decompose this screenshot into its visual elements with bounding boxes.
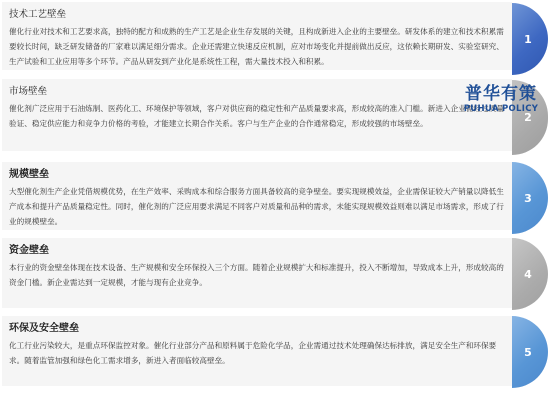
barrier-title: 技术工艺壁垒	[9, 7, 504, 22]
barrier-description: 本行业的资金壁垒体现在技术设备、生产规模和安全环保投入三个方面。随着企业规模扩大…	[9, 260, 504, 290]
badge-number: 4	[524, 268, 532, 281]
badge-number: 3	[524, 192, 532, 205]
badge-number: 1	[524, 33, 532, 46]
barrier-panel-scale: 规模壁垒 大型催化剂生产企业凭借规模优势，在生产效率、采购成本和综合服务方面具备…	[2, 162, 512, 230]
barrier-description: 催化行业对技术和工艺要求高，独特的配方和成熟的生产工艺是企业生存发展的关键，且构…	[9, 24, 504, 69]
barrier-title: 市场壁垒	[9, 84, 504, 99]
barrier-number-badge-3: 3	[512, 162, 548, 234]
barrier-title: 规模壁垒	[9, 167, 504, 182]
badge-number: 5	[524, 346, 532, 359]
barrier-number-badge-1: 1	[512, 3, 548, 75]
barrier-number-badge-2: 2	[512, 80, 548, 155]
barrier-description: 催化剂广泛应用于石油炼制、医药化工、环境保护等领域，客户对供应商的稳定性和产品质…	[9, 101, 504, 131]
barrier-panel-market: 市场壁垒 催化剂广泛应用于石油炼制、医药化工、环境保护等领域，客户对供应商的稳定…	[2, 79, 512, 151]
barrier-title: 环保及安全壁垒	[9, 321, 504, 336]
barrier-description: 化工行业污染较大，是重点环保监控对象。催化行业部分产品和原料属于危险化学品，企业…	[9, 338, 504, 368]
barrier-title: 资金壁垒	[9, 243, 504, 258]
barrier-panel-environment-safety: 环保及安全壁垒 化工行业污染较大，是重点环保监控对象。催化行业部分产品和原料属于…	[2, 316, 512, 386]
barrier-number-badge-5: 5	[512, 316, 548, 388]
barrier-panel-technology: 技术工艺壁垒 催化行业对技术和工艺要求高，独特的配方和成熟的生产工艺是企业生存发…	[2, 2, 512, 70]
barrier-panel-capital: 资金壁垒 本行业的资金壁垒体现在技术设备、生产规模和安全环保投入三个方面。随着企…	[2, 238, 512, 308]
barrier-number-badge-4: 4	[512, 238, 548, 310]
badge-number: 2	[524, 111, 532, 124]
barrier-description: 大型催化剂生产企业凭借规模优势，在生产效率、采购成本和综合服务方面具备较高的竞争…	[9, 184, 504, 229]
